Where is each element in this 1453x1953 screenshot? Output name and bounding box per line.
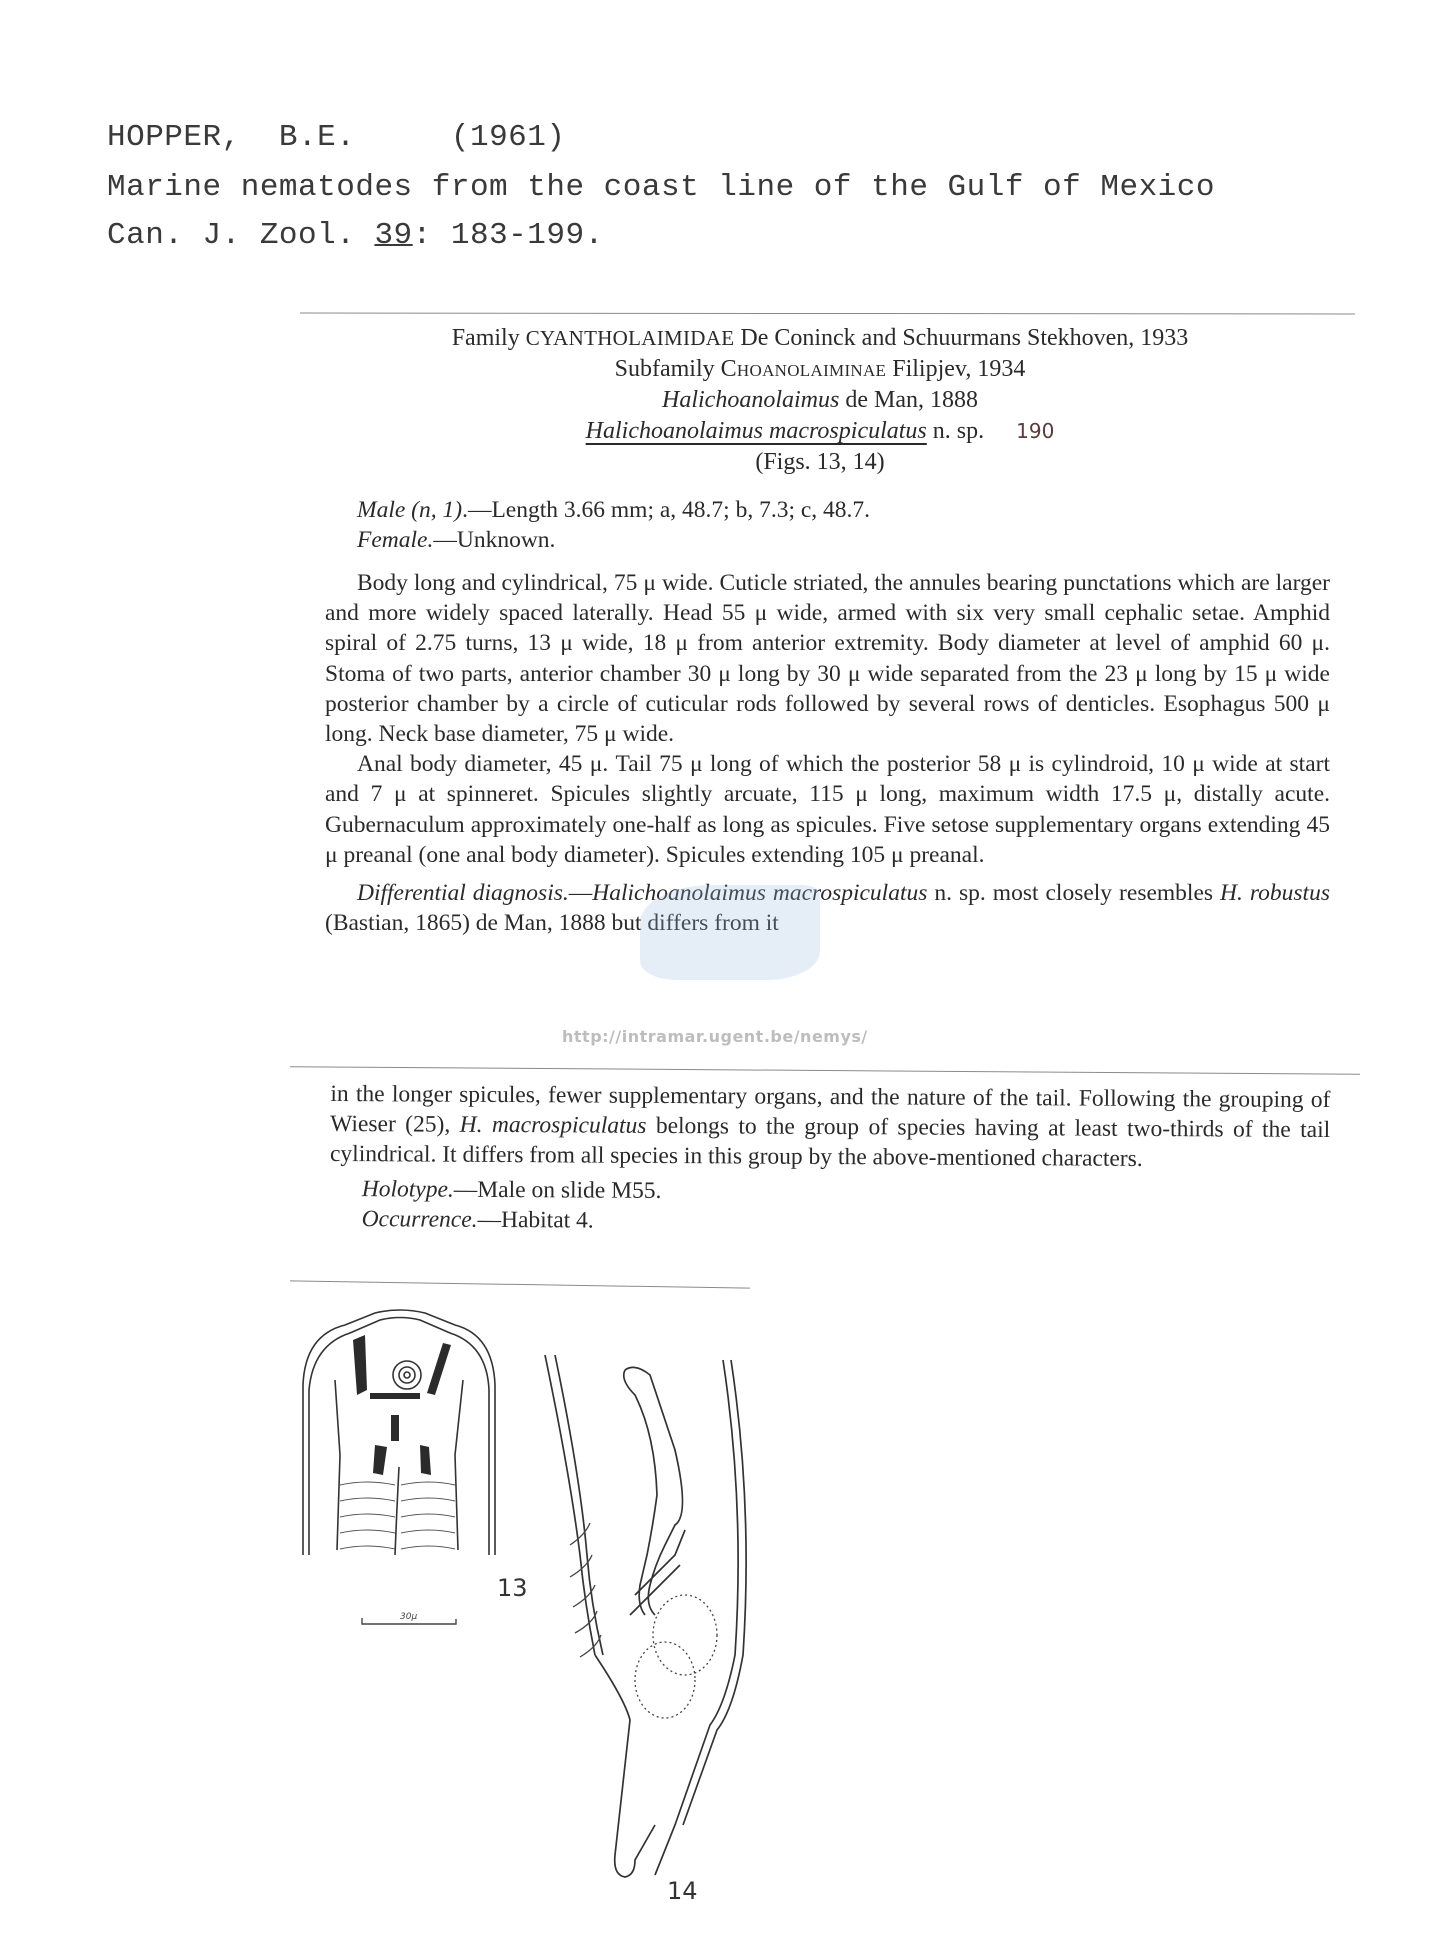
citation-author-line: HOPPER, B.E. (1961): [107, 120, 565, 155]
occurrence-text: —Habitat 4.: [477, 1207, 593, 1234]
family-heading: Family Cyantholaimidae De Coninck and Sc…: [300, 323, 1340, 354]
subfamily-authority: Filipjev, 1934: [892, 356, 1025, 382]
citation-author: HOPPER, B.E.: [107, 120, 355, 155]
description-paragraph-2: Anal body diameter, 45 μ. Tail 75 μ long…: [325, 749, 1330, 870]
page-break-rule: [290, 1066, 1360, 1074]
female-measurements: Female.—Unknown.: [357, 525, 1337, 555]
citation-year: (1961): [451, 120, 566, 155]
family-authority: De Coninck and Schuurmans Stekhoven, 193…: [740, 325, 1188, 351]
figure-13-label: 13: [497, 1574, 528, 1602]
subfamily-prefix: Subfamily: [615, 356, 715, 382]
female-label: Female.: [357, 527, 433, 553]
differential-diagnosis: Differential diagnosis.—Halichoanolaimus…: [325, 878, 1330, 938]
watermark-url: http://intramar.ugent.be/nemys/: [562, 1027, 868, 1046]
holotype-label: Holotype.: [362, 1176, 454, 1203]
diagnosis-continued-text: in the longer spicules, fewer supplement…: [330, 1079, 1331, 1176]
genus-heading: Halichoanolaimus de Man, 1888: [300, 385, 1340, 416]
description: Body long and cylindrical, 75 μ wide. Cu…: [325, 568, 1330, 938]
citation-journal: Can. J. Zool.: [107, 218, 355, 253]
top-rule: [300, 313, 1355, 315]
diagnosis-dash: —: [569, 880, 593, 906]
species-heading: Halichoanolaimus macrospiculatus n. sp. …: [300, 416, 1340, 447]
diagnosis-text-1: n. sp. most closely resembles: [927, 880, 1220, 906]
male-label: Male: [357, 497, 405, 523]
female-text: —Unknown.: [433, 527, 555, 553]
holotype-text: —Male on slide M55.: [454, 1176, 662, 1203]
handwritten-note: 190: [1016, 419, 1054, 443]
occurrence-label: Occurrence.: [362, 1206, 478, 1233]
male-n: (n, 1): [411, 497, 462, 523]
genus-authority: de Man, 1888: [845, 387, 978, 413]
figure-13-head-drawing: [295, 1305, 505, 1565]
citation-journal-line: Can. J. Zool. 39: 183-199.: [107, 218, 604, 253]
figs-reference: (Figs. 13, 14): [300, 447, 1340, 478]
occurrence: Occurrence.—Habitat 4.: [330, 1204, 1330, 1240]
diagnosis-label: Differential diagnosis.: [357, 880, 569, 906]
description-paragraph-1: Body long and cylindrical, 75 μ wide. Cu…: [325, 568, 1330, 749]
subfamily-heading: Subfamily Choanolaiminae Filipjev, 1934: [300, 354, 1340, 385]
figure-14-tail-drawing: [535, 1355, 805, 1915]
species-suffix: n. sp.: [933, 418, 984, 444]
citation-title: Marine nematodes from the coast line of …: [107, 170, 1215, 205]
subfamily-name: Choanolaiminae: [721, 356, 887, 382]
measurements: Male (n, 1).—Length 3.66 mm; a, 48.7; b,…: [357, 495, 1337, 555]
compared-species: H. robustus: [1220, 880, 1330, 906]
figure-rule: [290, 1280, 750, 1288]
family-name: Cyantholaimidae: [526, 326, 735, 350]
continued-species: H. macrospiculatus: [460, 1112, 647, 1139]
diagnosis-continued: in the longer spicules, fewer supplement…: [330, 1079, 1331, 1240]
citation-pages: : 183-199.: [413, 218, 604, 253]
species-name: Halichoanolaimus macrospiculatus: [586, 418, 927, 444]
family-prefix: Family: [452, 325, 520, 351]
genus-name: Halichoanolaimus: [662, 387, 839, 413]
male-text: .—Length 3.66 mm; a, 48.7; b, 7.3; c, 48…: [462, 497, 870, 523]
figure-14-label: 14: [667, 1877, 698, 1905]
figure-13-scale-label: 30μ: [400, 1612, 417, 1622]
citation-volume: 39: [374, 218, 412, 253]
watermark-logo: [640, 885, 820, 980]
male-measurements: Male (n, 1).—Length 3.66 mm; a, 48.7; b,…: [357, 495, 1337, 525]
